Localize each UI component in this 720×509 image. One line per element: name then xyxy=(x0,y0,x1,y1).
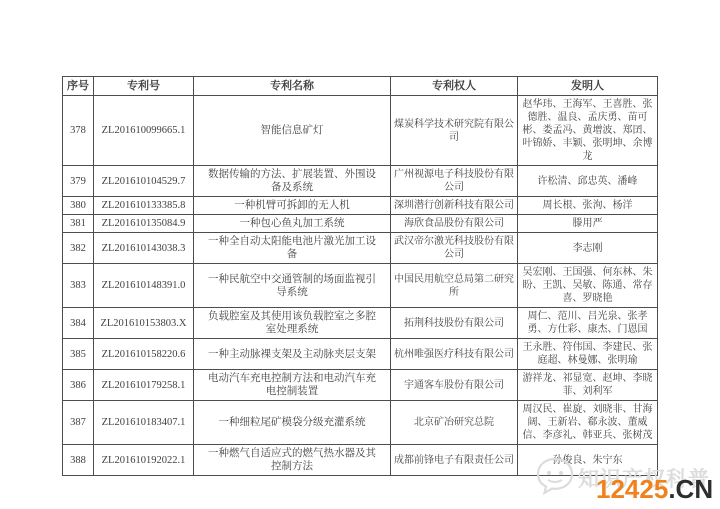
table-row: 384ZL201610153803.X负载腔室及其使用该负载腔室之多腔室处理系统… xyxy=(63,308,658,339)
patent-name-cell: 一种细粒尾矿模袋分级充灌系统 xyxy=(194,401,391,445)
inventors-cell: 游祥龙、祁显宽、赵坤、李晓菲、刘利军 xyxy=(518,370,658,401)
patentee-cell: 煤炭科学技术研究院有限公司 xyxy=(391,96,518,166)
inventors-cell: 赵华玮、王海军、王喜胜、张德胜、温良、孟庆勇、苗可彬、娄孟冯、黄增波、郑囝、叶锦… xyxy=(518,96,658,166)
serial-cell: 381 xyxy=(63,215,94,233)
inventors-cell: 李志刚 xyxy=(518,233,658,264)
patentee-cell: 杭州唯强医疗科技有限公司 xyxy=(391,339,518,370)
table-row: 382ZL201610143038.3一种全自动太阳能电池片激光加工设备武汉帝尔… xyxy=(63,233,658,264)
column-header: 发明人 xyxy=(518,77,658,96)
patent-name-cell: 一种民航空中交通管制的场面监视引导系统 xyxy=(194,264,391,308)
table-row: 379ZL201610104529.7数据传输的方法、扩展装置、外围设备及系统广… xyxy=(63,166,658,197)
watermark-brand-number: 12425 xyxy=(596,474,668,504)
table-row: 387ZL201610183407.1一种细粒尾矿模袋分级充灌系统北京矿冶研究总… xyxy=(63,401,658,445)
patent-name-cell: 电动汽车充电控制方法和电动汽车充电控制装置 xyxy=(194,370,391,401)
patent-name-cell: 一种燃气自适应式的燃气热水器及其控制方法 xyxy=(194,445,391,476)
watermark-brand-suffix: .CN xyxy=(668,474,713,504)
table-row: 388ZL201610192022.1一种燃气自适应式的燃气热水器及其控制方法成… xyxy=(63,445,658,476)
serial-cell: 388 xyxy=(63,445,94,476)
table-row: 378ZL201610099665.1智能信息矿灯煤炭科学技术研究院有限公司赵华… xyxy=(63,96,658,166)
column-header: 序号 xyxy=(63,77,94,96)
inventors-cell: 孙俊良、朱宁东 xyxy=(518,445,658,476)
patentee-cell: 海欣食品股份有限公司 xyxy=(391,215,518,233)
patent-name-cell: 智能信息矿灯 xyxy=(194,96,391,166)
serial-cell: 383 xyxy=(63,264,94,308)
column-header: 专利名称 xyxy=(194,77,391,96)
serial-cell: 382 xyxy=(63,233,94,264)
patent-number-cell: ZL201610135084.9 xyxy=(94,215,194,233)
table-row: 381ZL201610135084.9一种包心鱼丸加工系统海欣食品股份有限公司滕… xyxy=(63,215,658,233)
patent-table-header-row: 序号专利号专利名称专利权人发明人 xyxy=(63,77,658,96)
patentee-cell: 深圳潜行创新科技有限公司 xyxy=(391,197,518,215)
patent-name-cell: 一种全自动太阳能电池片激光加工设备 xyxy=(194,233,391,264)
serial-cell: 385 xyxy=(63,339,94,370)
patent-table-body: 378ZL201610099665.1智能信息矿灯煤炭科学技术研究院有限公司赵华… xyxy=(63,96,658,476)
patent-number-cell: ZL201610158220.6 xyxy=(94,339,194,370)
inventors-cell: 周仁、范川、吕光泉、张孝勇、方仕彩、康杰、门恩国 xyxy=(518,308,658,339)
patent-number-cell: ZL201610148391.0 xyxy=(94,264,194,308)
patent-number-cell: ZL201610153803.X xyxy=(94,308,194,339)
patent-number-cell: ZL201610179258.1 xyxy=(94,370,194,401)
inventors-cell: 吴宏刚、王国强、何东林、朱盼、王凯、吴敏、陈通、常存喜、罗晓艳 xyxy=(518,264,658,308)
patentee-cell: 北京矿冶研究总院 xyxy=(391,401,518,445)
patentee-cell: 武汉帝尔激光科技股份有限公司 xyxy=(391,233,518,264)
watermark-brand: 12425.CN xyxy=(596,474,713,505)
patent-number-cell: ZL201610143038.3 xyxy=(94,233,194,264)
serial-cell: 387 xyxy=(63,401,94,445)
serial-cell: 380 xyxy=(63,197,94,215)
patent-number-cell: ZL201610183407.1 xyxy=(94,401,194,445)
patent-number-cell: ZL201610099665.1 xyxy=(94,96,194,166)
patent-name-cell: 数据传输的方法、扩展装置、外围设备及系统 xyxy=(194,166,391,197)
patentee-cell: 成都前锋电子有限责任公司 xyxy=(391,445,518,476)
patent-name-cell: 一种主动脉裸支架及主动脉夹层支架 xyxy=(194,339,391,370)
patentee-cell: 拓荆科技股份有限公司 xyxy=(391,308,518,339)
patent-name-cell: 负载腔室及其使用该负载腔室之多腔室处理系统 xyxy=(194,308,391,339)
serial-cell: 384 xyxy=(63,308,94,339)
table-row: 383ZL201610148391.0一种民航空中交通管制的场面监视引导系统中国… xyxy=(63,264,658,308)
patentee-cell: 中国民用航空总局第二研究所 xyxy=(391,264,518,308)
patent-table: 序号专利号专利名称专利权人发明人 378ZL201610099665.1智能信息… xyxy=(62,76,658,476)
inventors-cell: 周汉民、崔旋、刘晓非、甘海阔、王新岩、郗永波、董威信、李彦礼、韩亚兵、张树茂 xyxy=(518,401,658,445)
column-header: 专利权人 xyxy=(391,77,518,96)
serial-cell: 378 xyxy=(63,96,94,166)
column-header: 专利号 xyxy=(94,77,194,96)
patent-number-cell: ZL201610104529.7 xyxy=(94,166,194,197)
patentee-cell: 广州视源电子科技股份有限公司 xyxy=(391,166,518,197)
inventors-cell: 王永胜、符伟国、李建民、张庭超、林曼娜、张明瑜 xyxy=(518,339,658,370)
inventors-cell: 滕用严 xyxy=(518,215,658,233)
patent-name-cell: 一种机臂可拆卸的无人机 xyxy=(194,197,391,215)
document-page: 序号专利号专利名称专利权人发明人 378ZL201610099665.1智能信息… xyxy=(0,0,720,509)
table-row: 386ZL201610179258.1电动汽车充电控制方法和电动汽车充电控制装置… xyxy=(63,370,658,401)
serial-cell: 386 xyxy=(63,370,94,401)
patent-number-cell: ZL201610133385.8 xyxy=(94,197,194,215)
table-row: 380ZL201610133385.8一种机臂可拆卸的无人机深圳潜行创新科技有限… xyxy=(63,197,658,215)
patent-name-cell: 一种包心鱼丸加工系统 xyxy=(194,215,391,233)
inventors-cell: 许松清、邱忠英、潘峰 xyxy=(518,166,658,197)
serial-cell: 379 xyxy=(63,166,94,197)
inventors-cell: 周长根、张洵、杨洋 xyxy=(518,197,658,215)
patent-number-cell: ZL201610192022.1 xyxy=(94,445,194,476)
table-row: 385ZL201610158220.6一种主动脉裸支架及主动脉夹层支架杭州唯强医… xyxy=(63,339,658,370)
patentee-cell: 宇通客车股份有限公司 xyxy=(391,370,518,401)
